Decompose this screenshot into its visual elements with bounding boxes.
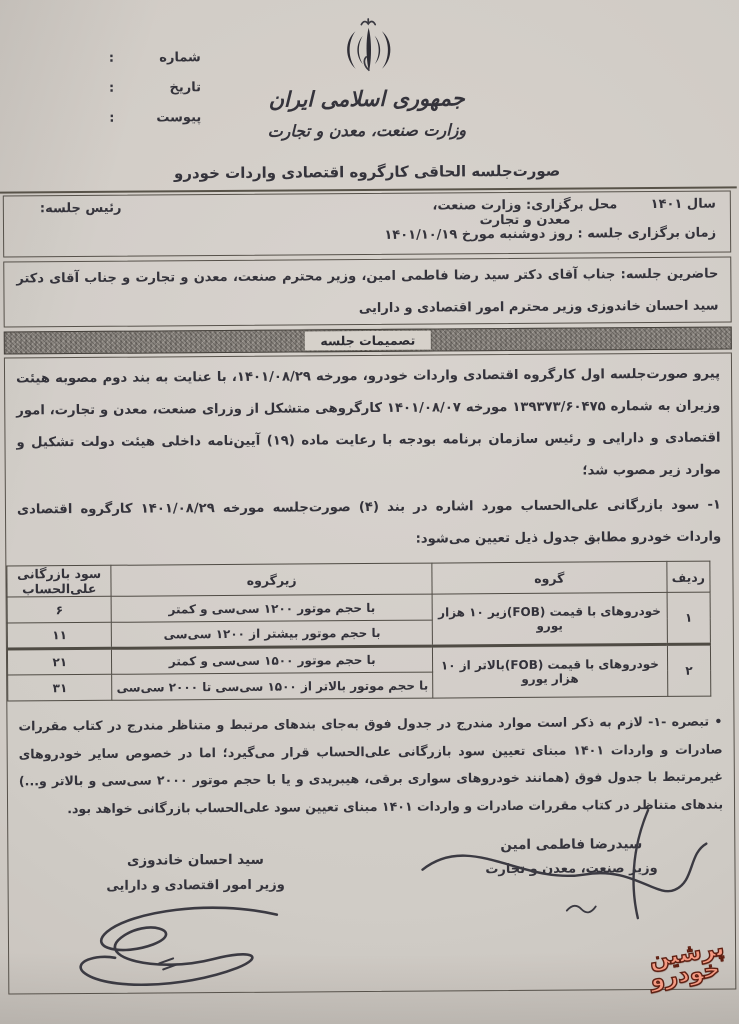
decisions-banner: تصمیمات جلسه bbox=[4, 326, 732, 354]
signature-block-industry-minister: سیدرضا فاطمی امین وزیر صنعت، معدن و تجار… bbox=[456, 836, 686, 878]
decisions-item1: ۱- سود بازرگانی علی‌الحساب مورد اشاره در… bbox=[17, 490, 721, 559]
attendees-text: حاضرین جلسه: جناب آقای دکتر سید رضا فاطم… bbox=[4, 257, 730, 327]
cell-group2-sub2-profit: ۳۱ bbox=[8, 674, 113, 701]
header-row-number: ردیف bbox=[667, 561, 710, 592]
document-title: صورت‌جلسه الحاقی کارگروه اقتصادی واردات … bbox=[0, 160, 737, 183]
cell-group1-name: خودروهای با قیمت (FOB)زیر ۱۰ هزار یورو bbox=[432, 592, 667, 646]
header-group: گروه bbox=[432, 561, 667, 594]
field-number-colon: : bbox=[109, 46, 114, 76]
decisions-box: پیرو صورت‌جلسه اول کارگروه اقتصادی واردا… bbox=[4, 352, 736, 994]
note-paragraph: • تبصره -۱- لازم به ذکر است موارد مندرج … bbox=[18, 708, 723, 823]
cell-group1-number: ۱ bbox=[667, 592, 711, 644]
cell-group2-name: خودروهای با قیمت (FOB)بالاتر از ۱۰ هزار … bbox=[432, 644, 667, 698]
document-page: شماره : تاریخ : پیوست : bbox=[0, 0, 739, 1024]
meeting-year: سال ۱۴۰۱ bbox=[651, 197, 716, 212]
header-subgroup: زیرگروه bbox=[111, 563, 432, 596]
attendees-box: حاضرین جلسه: جناب آقای دکتر سید رضا فاطم… bbox=[3, 256, 731, 327]
cell-group2-sub1-profit: ۲۱ bbox=[7, 648, 112, 675]
table-row-group2-sub1: ۲ خودروهای با قیمت (FOB)بالاتر از ۱۰ هزا… bbox=[7, 644, 710, 675]
signature-right-title: وزیر صنعت، معدن و تجارت bbox=[456, 861, 686, 878]
field-number: شماره : bbox=[109, 45, 201, 76]
iran-national-emblem-icon bbox=[335, 18, 403, 84]
field-number-label: شماره bbox=[159, 45, 201, 75]
cell-group2-number: ۲ bbox=[667, 644, 711, 696]
signature-left-title: وزیر امور اقتصادی و دارایی bbox=[101, 878, 291, 894]
cell-group1-sub1: با حجم موتور ۱۲۰۰ سی‌سی و کمتر bbox=[112, 594, 433, 622]
meeting-info-box: سال ۱۴۰۱ محل برگزاری: وزارت صنعت، معدن و… bbox=[3, 190, 731, 257]
org-name-line2: وزارت صنعت، معدن و تجارت bbox=[0, 118, 736, 142]
org-name-line1: جمهوری اسلامی ایران bbox=[0, 83, 736, 113]
signature-left-name: سید احسان خاندوزی bbox=[100, 852, 290, 869]
meeting-venue: محل برگزاری: وزارت صنعت، معدن و تجارت bbox=[415, 197, 635, 229]
decisions-banner-label: تصمیمات جلسه bbox=[304, 331, 431, 351]
scanned-document-photo: شماره : تاریخ : پیوست : bbox=[0, 0, 739, 1024]
header-profit: سود بازرگانی علی‌الحساب bbox=[7, 565, 112, 597]
cell-group1-sub1-profit: ۶ bbox=[7, 596, 112, 623]
signature-block-economy-minister: سید احسان خاندوزی وزیر امور اقتصادی و دا… bbox=[100, 852, 290, 894]
cell-group1-sub2: با حجم موتور بیشتر از ۱۲۰۰ سی‌سی bbox=[112, 620, 433, 648]
profit-table-header-row: ردیف گروه زیرگروه سود بازرگانی علی‌الحسا… bbox=[7, 561, 710, 597]
cell-group2-sub1: با حجم موتور ۱۵۰۰ سی‌سی و کمتر bbox=[112, 646, 433, 674]
cell-group2-sub2: با حجم موتور بالاتر از ۱۵۰۰ سی‌سی تا ۲۰۰… bbox=[112, 672, 433, 700]
profit-table: ردیف گروه زیرگروه سود بازرگانی علی‌الحسا… bbox=[6, 561, 711, 702]
decisions-preamble: پیرو صورت‌جلسه اول کارگروه اقتصادی واردا… bbox=[16, 359, 721, 492]
table-row-group1-sub1: ۱ خودروهای با قیمت (FOB)زیر ۱۰ هزار یورو… bbox=[7, 592, 710, 623]
cell-group1-sub2-profit: ۱۱ bbox=[7, 622, 112, 649]
signature-right-name: سیدرضا فاطمی امین bbox=[456, 836, 686, 854]
signature-left-scribble-icon bbox=[61, 897, 292, 999]
meeting-chairman: رئیس جلسه: bbox=[40, 201, 122, 217]
meeting-time: زمان برگزاری جلسه : روز دوشنبه مورخ ۱۴۰۱… bbox=[384, 226, 716, 243]
